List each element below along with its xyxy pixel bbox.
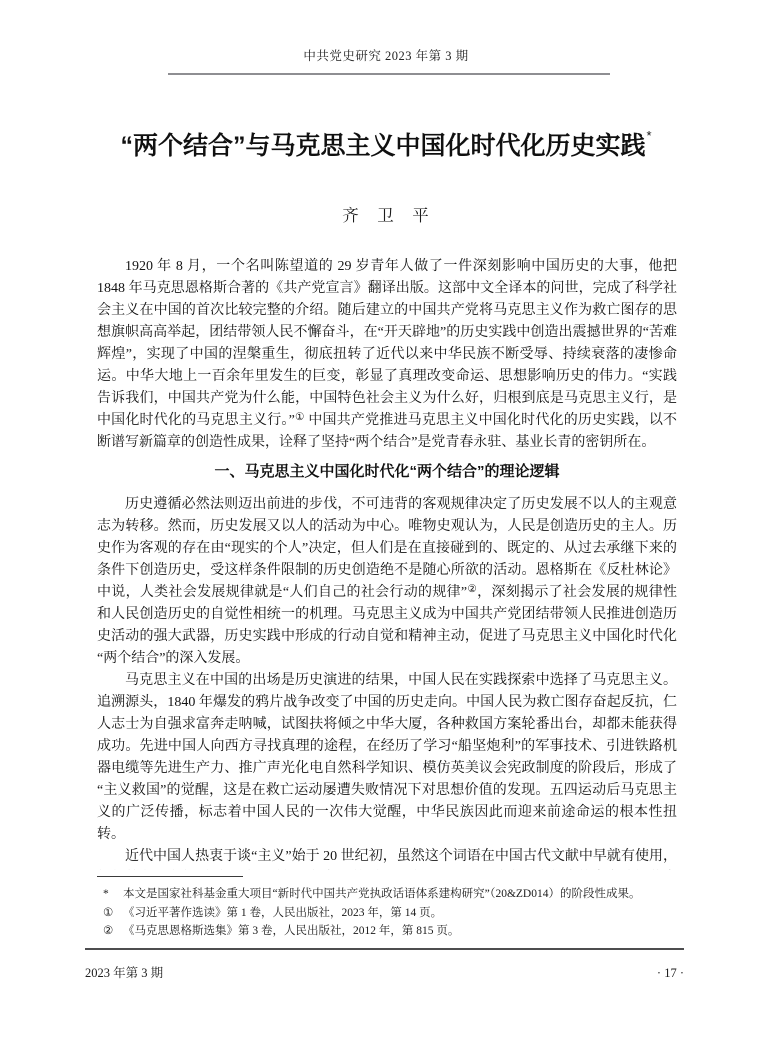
article-title: “两个结合”与马克思主义中国化时代化历史实践* <box>0 126 772 162</box>
journal-article-page: 中共党史研究 2023 年第 3 期 “两个结合”与马克思主义中国化时代化历史实… <box>0 0 772 1063</box>
body-paragraph-1: 历史遵循必然法则迈出前进的步伐，不可违背的客观规律决定了历史发展不以人的主观意志… <box>97 494 677 670</box>
footer-issue: 2023 年第 3 期 <box>85 963 163 981</box>
footnote-2: ② 《马克思恩格斯选集》第 3 卷，人民出版社，2012 年，第 815 页。 <box>97 922 677 941</box>
footnote-text: 《习近平著作选读》第 1 卷，人民出版社，2023 年，第 14 页。 <box>123 904 677 923</box>
footnotes-section: * 本文是国家社科基金重大项目“新时代中国共产党执政话语体系建构研究”（20&Z… <box>97 870 677 941</box>
footnote-text: 本文是国家社科基金重大项目“新时代中国共产党执政话语体系建构研究”（20&ZD0… <box>123 885 677 904</box>
footnote-divider <box>97 876 243 877</box>
footer-row: 2023 年第 3 期 · 17 · <box>85 963 684 981</box>
article-title-text: “两个结合”与马克思主义中国化时代化历史实践 <box>120 132 645 160</box>
page-footer: 2023 年第 3 期 · 17 · <box>85 948 684 981</box>
section-heading: 一、马克思主义中国化时代化“两个结合”的理论逻辑 <box>97 461 677 483</box>
footnote-marker: ① <box>97 904 123 923</box>
author-name: 齐 卫 平 <box>0 202 772 226</box>
footnote-marker: ② <box>97 922 123 941</box>
journal-header-line: 中共党史研究 2023 年第 3 期 <box>0 46 772 64</box>
footer-divider <box>85 948 684 950</box>
footnote-text: 《马克思恩格斯选集》第 3 卷，人民出版社，2012 年，第 815 页。 <box>123 922 677 941</box>
footnote-marker: * <box>97 885 123 904</box>
footer-page-number: · 17 · <box>657 966 684 981</box>
footnote-star: * 本文是国家社科基金重大项目“新时代中国共产党执政话语体系建构研究”（20&Z… <box>97 885 677 904</box>
body-paragraph-2: 马克思主义在中国的出场是历史演进的结果，中国人民在实践探索中选择了马克思主义。追… <box>97 670 677 846</box>
title-footnote-marker: * <box>646 128 651 143</box>
intro-paragraph: 1920 年 8 月，一个名叫陈望道的 29 岁青年人做了一件深刻影响中国历史的… <box>97 256 677 454</box>
article-body: 1920 年 8 月，一个名叫陈望道的 29 岁青年人做了一件深刻影响中国历史的… <box>97 256 677 870</box>
body-paragraph-3: 近代中国人热衷于谈“主义”始于 20 世纪初，虽然这个词语在中国古代文献中早就有… <box>97 846 677 870</box>
footnote-1: ① 《习近平著作选读》第 1 卷，人民出版社，2023 年，第 14 页。 <box>97 904 677 923</box>
header-divider <box>168 73 610 75</box>
